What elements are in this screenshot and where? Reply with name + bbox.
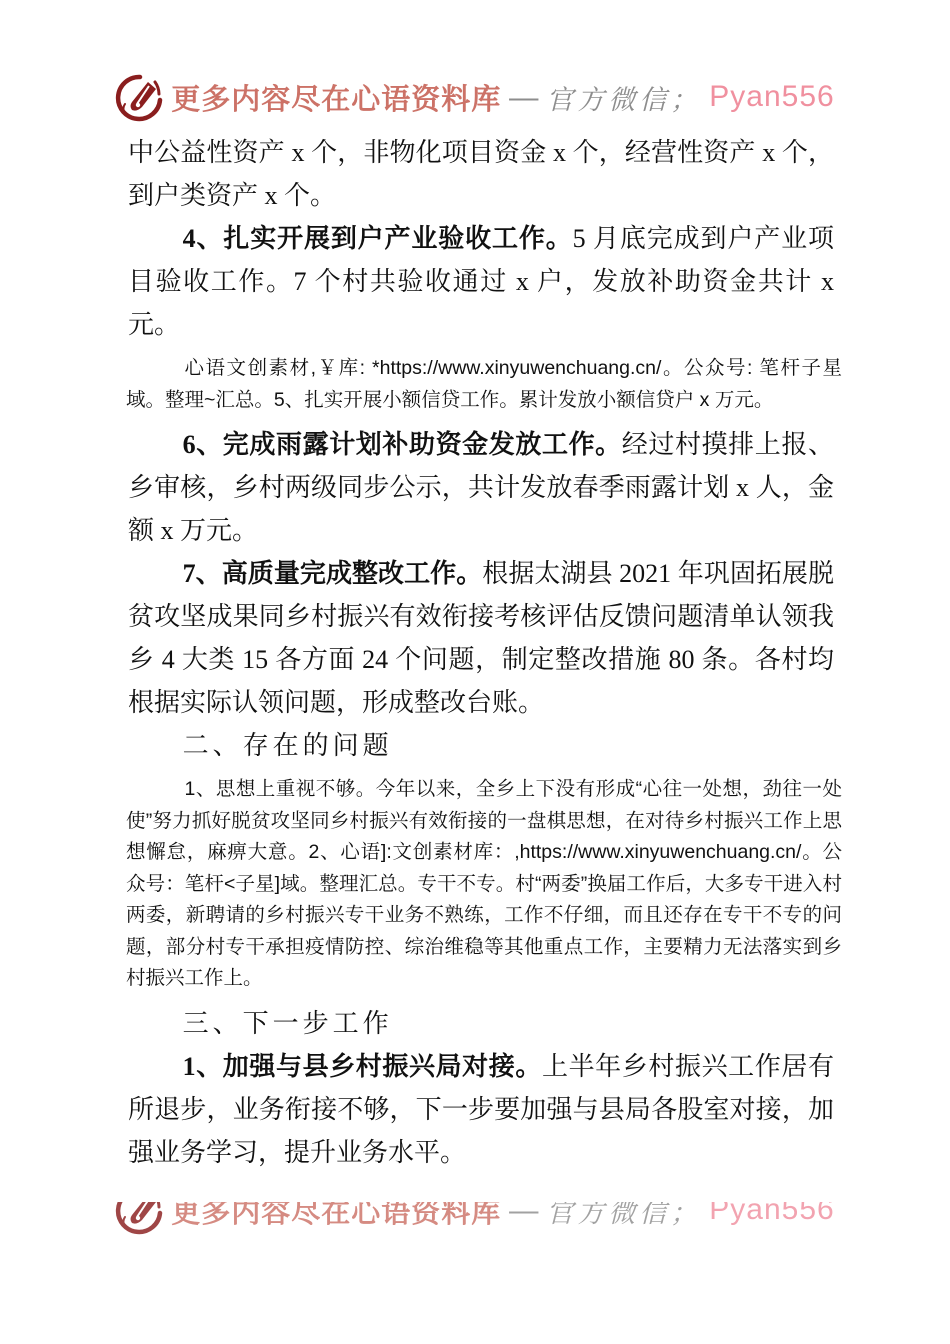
next-step-1-county-bureau: 1、加强与县乡村振兴局对接。上半年乡村振兴工作居有所退步，业务衔接不够，下一步要…	[128, 1045, 834, 1174]
bold-text-run: 6、完成雨露计划补助资金发放工作。	[183, 430, 622, 459]
watermark-brand-text: 更多内容尽在心语资料库	[171, 1202, 501, 1231]
text-run: 心语文创素材,￥库: *https://www.xinyuwenchuang.c…	[126, 357, 842, 411]
heading-problems: 二、存在的问题	[128, 724, 834, 767]
heading-next-steps: 三、下一步工作	[128, 1002, 834, 1045]
text-run: 三、下一步工作	[183, 1009, 393, 1038]
bold-text-run: 1、加强与县乡村振兴局对接。	[183, 1052, 542, 1081]
bold-text-run: 7、高质量完成整改工作。	[183, 559, 483, 588]
document-body: 中公益性资产 x 个，非物化项目资金 x 个，经营性资产 x 个，到户类资产 x…	[128, 131, 834, 1174]
text-run: 中公益性资产 x 个，非物化项目资金 x 个，经营性资产 x 个，到户类资产 x…	[128, 138, 834, 210]
watermark-wechat-label: 官方微信；	[546, 78, 701, 117]
document-page: 更多内容尽在心语资料库—官方微信； Pyan556 中公益性资产 x 个，非物化…	[0, 0, 950, 1344]
para-assets-continuation: 中公益性资产 x 个，非物化项目资金 x 个，经营性资产 x 个，到户类资产 x…	[128, 131, 834, 217]
bold-text-run: 4、扎实开展到户产业验收工作。	[183, 224, 573, 253]
watermark-footer: 更多内容尽在心语资料库—官方微信； Pyan556	[0, 1202, 950, 1242]
watermark-header: 更多内容尽在心语资料库—官方微信； Pyan556	[0, 72, 950, 122]
problems-body: 1、思想上重视不够。今年以来，全乡上下没有形成“心往一处想，劲往一处使”努力抓好…	[126, 774, 842, 995]
watermark-wechat-id: Pyan556	[709, 1202, 834, 1227]
watermark-dash: —	[509, 81, 538, 114]
section-6-yulu-plan: 6、完成雨露计划补助资金发放工作。经过村摸排上报、乡审核，乡村两级同步公示，共计…	[128, 423, 834, 552]
watermark-row: 更多内容尽在心语资料库—官方微信； Pyan556	[0, 1202, 950, 1235]
watermark-dash: —	[509, 1202, 538, 1227]
pen-nib-emblem-icon	[115, 1202, 163, 1237]
watermark-wechat-label: 官方微信；	[546, 1202, 701, 1230]
text-run: 二、存在的问题	[183, 731, 393, 760]
watermark-wechat-id: Pyan556	[709, 80, 834, 114]
section-4-industry-acceptance: 4、扎实开展到户产业验收工作。5 月底完成到户产业项目验收工作。7 个村共验收通…	[128, 217, 834, 346]
inline-watermark-note-1: 心语文创素材,￥库: *https://www.xinyuwenchuang.c…	[126, 353, 842, 416]
watermark-row: 更多内容尽在心语资料库—官方微信； Pyan556	[0, 72, 950, 122]
watermark-brand-text: 更多内容尽在心语资料库	[171, 77, 501, 118]
text-run: 1、思想上重视不够。今年以来，全乡上下没有形成“心往一处想，劲往一处使”努力抓好…	[126, 778, 842, 989]
pen-nib-emblem-icon	[115, 74, 163, 124]
section-7-rectification: 7、高质量完成整改工作。根据太湖县 2021 年巩固拓展脱贫攻坚成果同乡村振兴有…	[128, 552, 834, 724]
